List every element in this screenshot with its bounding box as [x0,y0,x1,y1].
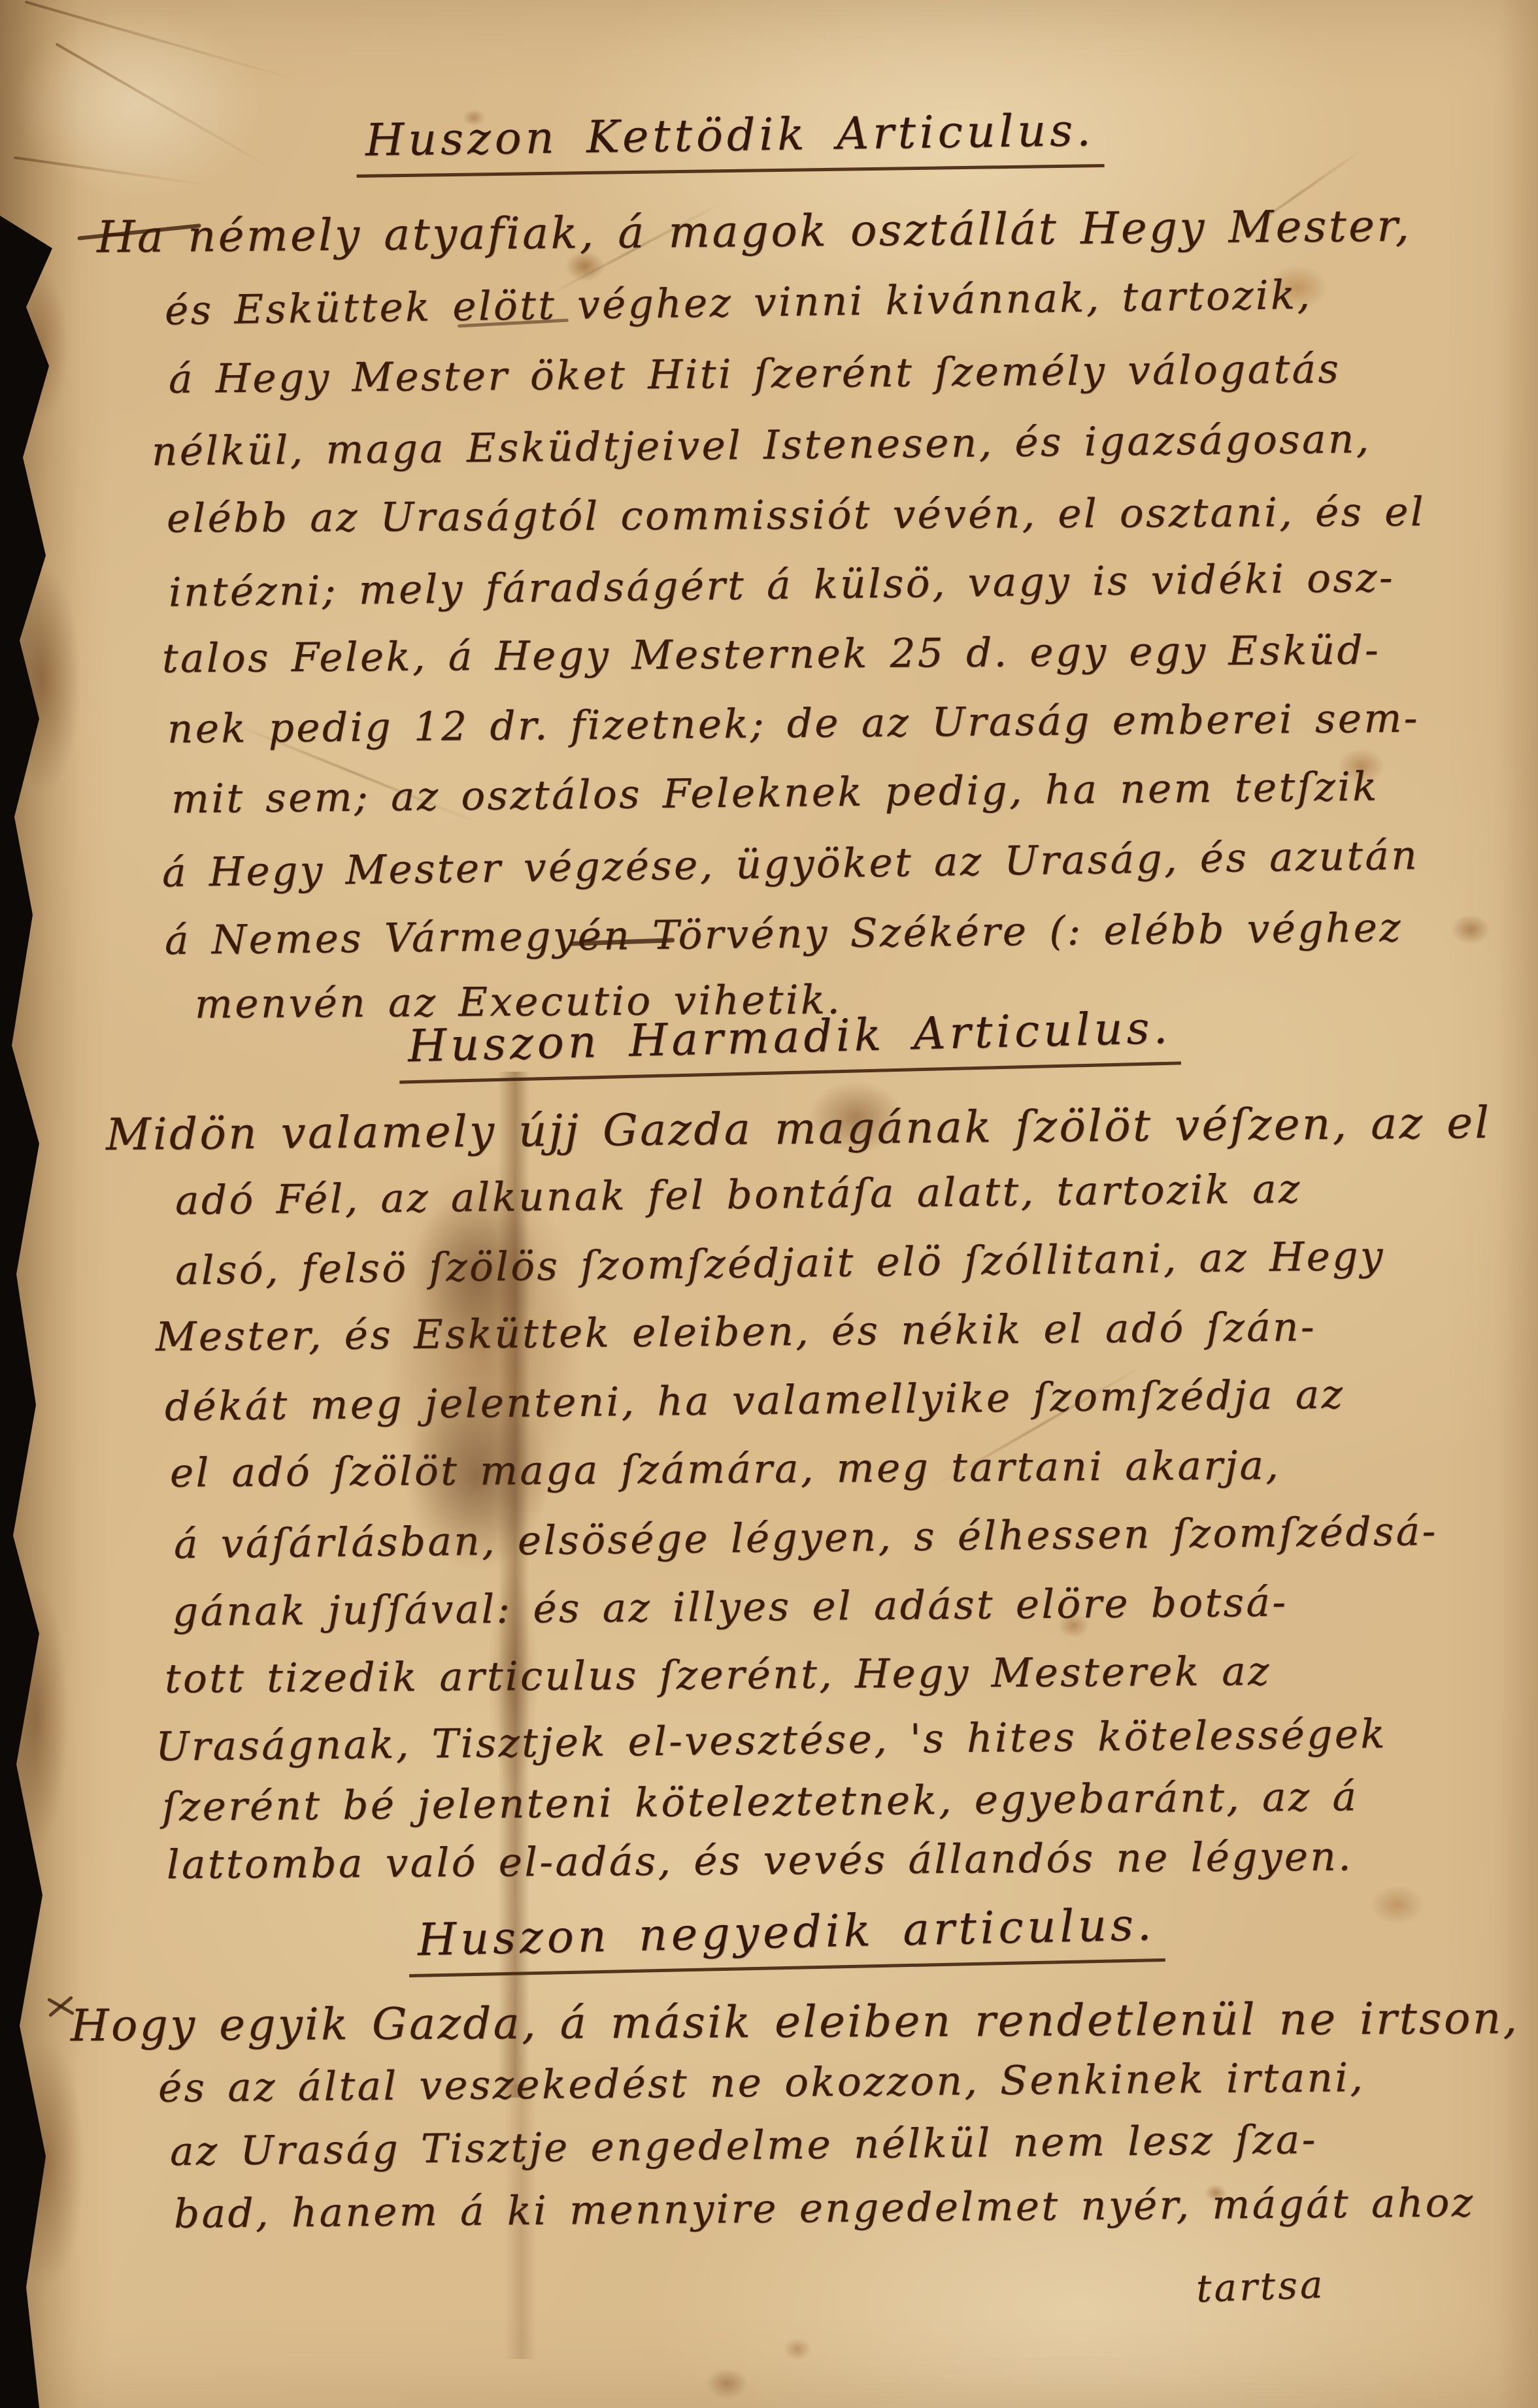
text-line: á Hegy Mester öket Hiti ſzerént ſzemély … [169,346,1341,403]
text-line: és az által veszekedést ne okozzon, Senk… [158,2054,1365,2111]
text-line: és Esküttek elött véghez vinni kivánnak,… [165,272,1312,335]
text-line: mit sem; az osztálos Feleknek pedig, ha … [171,763,1379,822]
stain [781,2336,814,2362]
text-line: ſzerént bé jelenteni köteleztetnek, egye… [162,1773,1359,1830]
text-line: elébb az Uraságtól commissiót vévén, el … [167,489,1426,542]
text-line: Mester, és Esküttek eleiben, és nékik el… [156,1304,1317,1360]
text-line: gának juſſával: és az illyes el adást el… [173,1579,1288,1636]
text-line: nek pedig 12 dr. fizetnek; de az Uraság … [167,695,1420,753]
text-line: alsó, felsö ſzölös ſzomſzédjait elö ſzól… [175,1233,1386,1295]
crease-line [14,156,209,186]
edge-stain [7,261,72,431]
text-line: Hogy egyik Gazda, á másik eleiben rendet… [71,1992,1520,2051]
text-line: á Nemes Vármegyén Törvény Székére (: elé… [165,904,1403,964]
text-line: tott tizedik articulus ſzerént, Hegy Mes… [165,1648,1271,1702]
stain [1448,912,1494,948]
edge-stain [3,2026,88,2300]
edge-stain [0,555,85,804]
text-line: lattomba való el-adás, és vevés állandós… [167,1834,1354,1888]
manuscript-scan: Huszon Kettödik Articulus. Ha némely aty… [0,0,1538,2408]
crease-line [25,1,295,80]
text-line: Midön valamely újj Gazda magának ſzölöt … [106,1097,1492,1160]
text-line: Uraságnak, Tisztjek el-vesztése, 's hite… [156,1711,1388,1770]
text-line: az Uraság Tisztje engedelme nélkül nem l… [170,2117,1318,2175]
crumpled-corner-highlight [0,0,275,209]
text-line: Ha némely atyafiak, á magok osztállát He… [97,200,1412,263]
stain [1366,1882,1428,1928]
text-line: talos Felek, á Hegy Mesternek 25 d. egy … [162,627,1381,682]
pen-flourish [48,1996,73,2017]
article-22-heading: Huszon Kettödik Articulus. [356,105,1104,178]
text-line: dékát meg jelenteni, ha valamellyike ſzo… [165,1372,1345,1430]
manuscript-page: Huszon Kettödik Articulus. Ha némely aty… [0,0,1538,2408]
right-edge-shading [1499,0,1538,2408]
catchword: tartsa [1195,2262,1326,2311]
text-line: nélkül, maga Esküdtjeivel Istenesen, és … [152,416,1371,475]
text-line: el adó ſzölöt maga ſzámára, meg tartani … [170,1442,1281,1496]
crease-line [55,42,271,169]
edge-stain [0,1568,72,1862]
text-line: á váſárlásban, elsösége légyen, s élhess… [174,1508,1438,1568]
stain [703,2366,752,2401]
text-line: adó Fél, az alkunak fel bontáſa alatt, t… [175,1166,1302,1224]
article-24-heading: Huszon negyedik articulus. [408,1899,1165,1977]
text-line: á Hegy Mester végzése, ügyöket az Uraság… [162,833,1420,897]
text-line: bad, hanem á ki mennyire engedelmet nyér… [174,2179,1475,2237]
text-line: intézni; mely fáradságért á külsö, vagy … [169,555,1396,616]
